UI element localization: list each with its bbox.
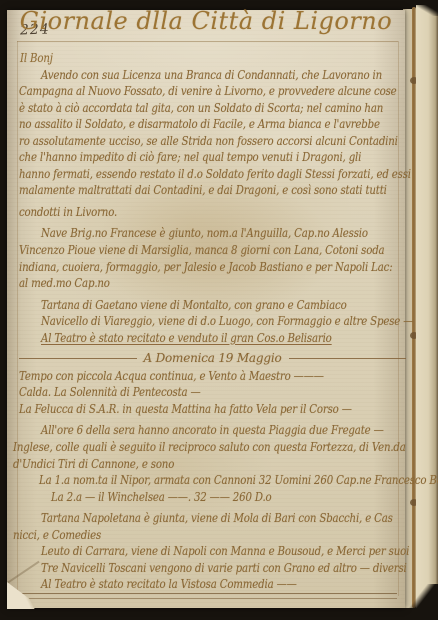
manuscript-line: Navicello di Viareggio, viene di d.o Luo… (41, 313, 351, 330)
manuscript-line: no assalito il Soldato, e disarmatolo di… (19, 116, 348, 133)
page-title: Giornale dlla Città di Ligorno (7, 7, 405, 35)
manuscript-line: Campagna al Nuovo Fossato, di venire à L… (19, 83, 348, 100)
manuscript-line: Vincenzo Pioue viene di Marsiglia, manca… (19, 242, 348, 259)
manuscript-line: nicci, e Comedies (13, 527, 347, 544)
manuscript-line: All'ore 6 della sera hanno ancorato in q… (41, 422, 351, 439)
manuscript-line: d'Undici Tiri di Cannone, e sono (13, 456, 347, 473)
manuscript-line: Al Teatro è stato recitato la Vistosa Co… (41, 576, 351, 593)
manuscript-line: Tre Navicelli Toscani vengono di varie p… (41, 560, 351, 577)
entry-closing-double-rule (19, 593, 397, 599)
manuscript-line: La 2.a — il Winchelsea ——. 32 —— 260 D.o (51, 489, 353, 506)
ruled-frame-left-line (17, 41, 18, 596)
manuscript-line: Calda. La Solennità di Pentecosta — (19, 384, 348, 401)
scanned-manuscript-photo: { "document": { "kind": "manuscript-jour… (0, 0, 438, 620)
manuscript-line: al med.mo Cap.no (19, 275, 348, 292)
manuscript-line: è stato à ciò accordata tal gita, con un… (19, 100, 348, 117)
top-right-shadow (412, 0, 438, 16)
date-header: A Domenica 19 Maggio (19, 350, 406, 367)
manuscript-line: Tempo con piccola Acqua continua, e Vent… (19, 368, 348, 385)
book-fore-edge-outer (416, 5, 438, 608)
manuscript-line: ro assolutamente ucciso, se alle Strida … (19, 133, 348, 150)
manuscript-line: Inglese, colle quali è seguito il recipr… (13, 439, 347, 456)
ruled-frame-top-line (17, 41, 398, 42)
manuscript-line: hanno fermati, essendo restato il d.o So… (19, 166, 348, 183)
manuscript-line: Tartana Napoletana è giunta, viene di Mo… (41, 510, 351, 527)
manuscript-line: Avendo con sua Licenza una Branca di Con… (41, 67, 351, 84)
manuscript-line: Il Bonj (20, 50, 348, 67)
manuscript-line: La 1.a nom.ta il Nipor, armata con Canno… (39, 472, 351, 489)
manuscript-line: indiana, cuoiera, formaggio, per Jalesio… (19, 259, 348, 276)
manuscript-line: Al Teatro è stato recitato e venduto il … (41, 330, 351, 347)
manuscript-line: Nave Brig.no Francese è giunto, nom.a l'… (41, 225, 351, 242)
date-header-text: A Domenica 19 Maggio (137, 350, 289, 367)
manuscript-line: che l'hanno impedito di ciò fare; nel qu… (19, 149, 348, 166)
manuscript-line: La Felucca di S.A.R. in questa Mattina h… (19, 401, 348, 418)
manuscript-line: malamente maltrattati dai Contadini, e d… (19, 182, 348, 199)
manuscript-line: condotti in Livorno. (19, 204, 348, 221)
manuscript-line: Tartana di Gaetano viene di Montalto, co… (41, 297, 351, 314)
manuscript-lines: Il BonjAvendo con sua Licenza una Branca… (19, 50, 406, 593)
manuscript-line: Leuto di Carrara, viene di Napoli con Ma… (41, 543, 351, 560)
manuscript-page: 224 Giornale dlla Città di Ligorno Il Bo… (7, 10, 405, 608)
